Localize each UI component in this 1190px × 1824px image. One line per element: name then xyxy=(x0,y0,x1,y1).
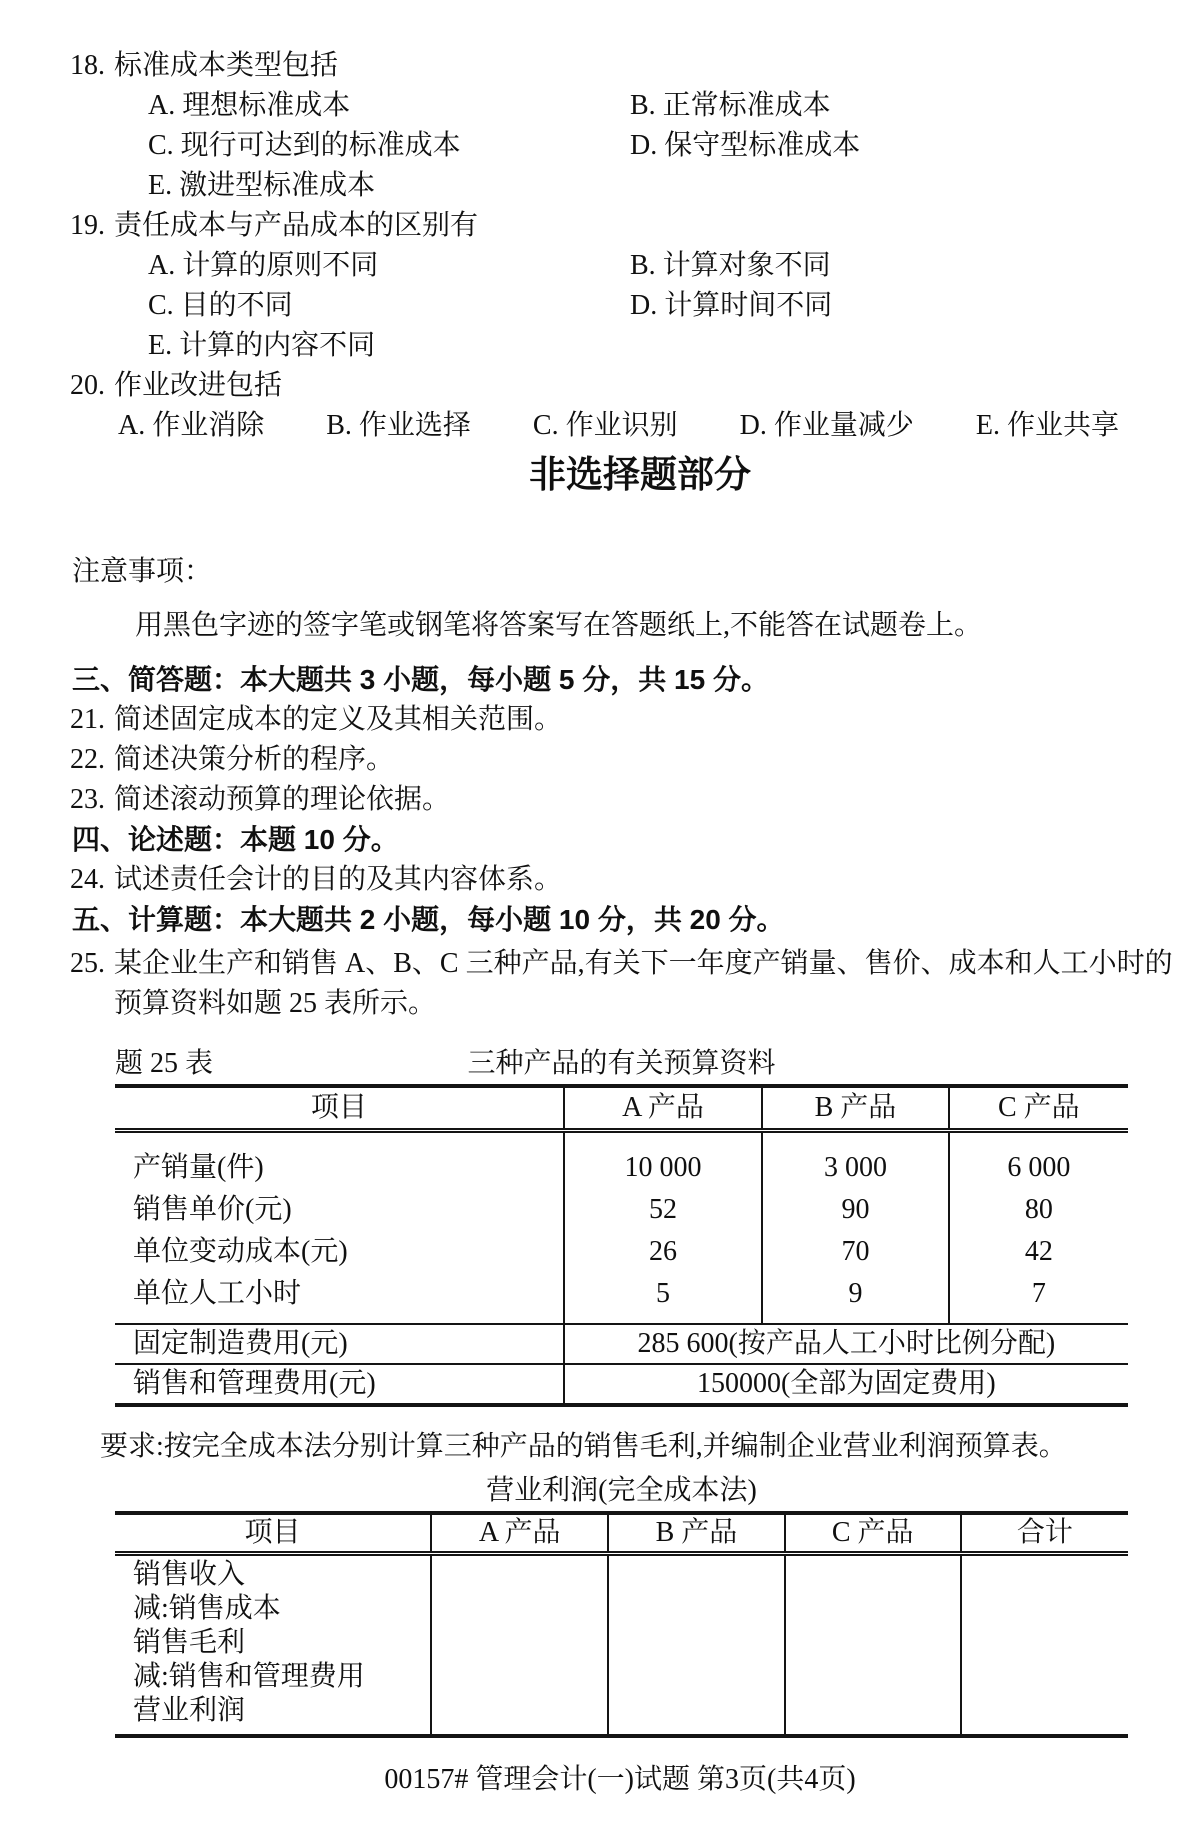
question-text: 试述责任会计的目的及其内容体系。 xyxy=(114,860,1190,900)
cell-value: 9 xyxy=(761,1273,947,1323)
header-cell: C 产品 xyxy=(784,1515,960,1551)
row-label: 单位变动成本(元) xyxy=(115,1231,563,1273)
header-cell: A 产品 xyxy=(563,1088,762,1128)
option-d: D. 作业量减少 xyxy=(740,406,914,446)
exam-page: 18. 标准成本类型包括 A. 理想标准成本 B. 正常标准成本 C. 现行可达… xyxy=(0,0,1190,1824)
header-cell: C 产品 xyxy=(948,1088,1128,1128)
row-label: 减:销售和管理费用 xyxy=(133,1660,430,1694)
option-e: E. 激进型标准成本 xyxy=(148,166,630,206)
profit-table-title: 营业利润(完全成本法) xyxy=(115,1471,1128,1511)
question-21: 21. 简述固定成本的定义及其相关范围。 xyxy=(0,700,1190,740)
option-e: E. 计算的内容不同 xyxy=(148,326,630,366)
cell-value: 42 xyxy=(948,1231,1128,1273)
option-e: E. 作业共享 xyxy=(976,406,1119,446)
empty-cell xyxy=(430,1556,607,1734)
requirement-text: 要求:按完全成本法分别计算三种产品的销售毛利,并编制企业营业利润预算表。 xyxy=(100,1427,1190,1467)
budget-table-header: 项目 A 产品 B 产品 C 产品 xyxy=(115,1088,1128,1133)
empty-cell xyxy=(784,1556,960,1734)
empty-cell xyxy=(960,1556,1128,1734)
question-number: 24. xyxy=(70,860,114,900)
empty-cell xyxy=(607,1556,783,1734)
profit-table-header: 项目 A 产品 B 产品 C 产品 合计 xyxy=(115,1515,1128,1556)
options-row: A. 作业消除 B. 作业选择 C. 作业识别 D. 作业量减少 E. 作业共享 xyxy=(118,406,1190,446)
page-footer: 00157# 管理会计(一)试题 第3页(共4页) xyxy=(0,1760,1190,1800)
question-number: 20. xyxy=(70,366,114,406)
question-text: 某企业生产和销售 A、B、C 三种产品,有关下一年度产销量、售价、成本和人工小时… xyxy=(114,944,1190,1024)
option-c: C. 作业识别 xyxy=(533,406,678,446)
option-d: D. 计算时间不同 xyxy=(630,286,1190,326)
section-heading-3: 三、简答题：本大题共 3 小题，每小题 5 分，共 15 分。 xyxy=(72,660,1190,700)
question-stem: 作业改进包括 xyxy=(114,366,1190,406)
cell-value: 7 xyxy=(948,1273,1128,1323)
row-label: 销售毛利 xyxy=(133,1626,430,1660)
profit-table-body: 销售收入 减:销售成本 销售毛利 减:销售和管理费用 营业利润 xyxy=(115,1556,1128,1734)
table-caption-title: 三种产品的有关预算资料 xyxy=(467,1048,775,1079)
header-cell: 项目 xyxy=(115,1515,430,1551)
row-labels-column: 销售收入 减:销售成本 销售毛利 减:销售和管理费用 营业利润 xyxy=(115,1556,430,1734)
option-a: A. 理想标准成本 xyxy=(148,86,630,126)
question-25: 25. 某企业生产和销售 A、B、C 三种产品,有关下一年度产销量、售价、成本和… xyxy=(0,944,1190,1024)
options-grid: A. 理想标准成本 B. 正常标准成本 C. 现行可达到的标准成本 D. 保守型… xyxy=(148,86,1190,206)
row-label: 产销量(件) xyxy=(115,1133,563,1189)
cell-value: 90 xyxy=(761,1189,947,1231)
option-a: A. 计算的原则不同 xyxy=(148,246,630,286)
option-a: A. 作业消除 xyxy=(118,406,264,446)
cell-value: 52 xyxy=(563,1189,762,1231)
cell-value: 80 xyxy=(948,1189,1128,1231)
header-cell: B 产品 xyxy=(607,1515,783,1551)
cell-value: 10 000 xyxy=(563,1133,762,1189)
row-label: 销售单价(元) xyxy=(115,1189,563,1231)
question-stem: 责任成本与产品成本的区别有 xyxy=(114,206,1190,246)
cell-value: 5 xyxy=(563,1273,762,1323)
question-number: 25. xyxy=(70,944,114,1024)
option-b: B. 计算对象不同 xyxy=(630,246,1190,286)
notice-text: 用黑色字迹的签字笔或钢笔将答案写在答题纸上,不能答在试题卷上。 xyxy=(135,606,1190,646)
header-cell: A 产品 xyxy=(430,1515,607,1551)
option-d: D. 保守型标准成本 xyxy=(630,126,1190,166)
question-text: 简述决策分析的程序。 xyxy=(114,740,1190,780)
question-20: 20. 作业改进包括 A. 作业消除 B. 作业选择 C. 作业识别 D. 作业… xyxy=(0,366,1190,446)
option-b: B. 作业选择 xyxy=(326,406,471,446)
question-18: 18. 标准成本类型包括 A. 理想标准成本 B. 正常标准成本 C. 现行可达… xyxy=(0,46,1190,206)
question-number: 18. xyxy=(70,46,114,86)
option-c: C. 目的不同 xyxy=(148,286,630,326)
section-banner: 非选择题部分 xyxy=(0,450,1190,500)
fixed-overhead-row: 固定制造费用(元) 285 600(按产品人工小时比例分配) xyxy=(115,1323,1128,1363)
notice-label: 注意事项： xyxy=(72,552,1190,592)
option-c: C. 现行可达到的标准成本 xyxy=(148,126,630,166)
profit-table: 项目 A 产品 B 产品 C 产品 合计 销售收入 减:销售成本 销售毛利 减:… xyxy=(115,1511,1128,1738)
question-19: 19. 责任成本与产品成本的区别有 A. 计算的原则不同 B. 计算对象不同 C… xyxy=(0,206,1190,366)
cell-value: 6 000 xyxy=(948,1133,1128,1189)
question-number: 22. xyxy=(70,740,114,780)
question-text: 简述滚动预算的理论依据。 xyxy=(114,780,1190,820)
budget-table-body: 产销量(件) 10 000 3 000 6 000 销售单价(元) 52 90 … xyxy=(115,1133,1128,1323)
question-22: 22. 简述决策分析的程序。 xyxy=(0,740,1190,780)
row-label: 营业利润 xyxy=(133,1694,430,1728)
budget-table: 项目 A 产品 B 产品 C 产品 产销量(件) 10 000 3 000 6 … xyxy=(115,1084,1128,1407)
table-caption: 题 25 表 三种产品的有关预算资料 xyxy=(115,1044,1128,1084)
question-text: 简述固定成本的定义及其相关范围。 xyxy=(114,700,1190,740)
option-b: B. 正常标准成本 xyxy=(630,86,1190,126)
row-label: 减:销售成本 xyxy=(133,1592,430,1626)
question-stem: 标准成本类型包括 xyxy=(114,46,1190,86)
options-grid: A. 计算的原则不同 B. 计算对象不同 C. 目的不同 D. 计算时间不同 E… xyxy=(148,246,1190,366)
question-number: 19. xyxy=(70,206,114,246)
table-caption-label: 题 25 表 xyxy=(115,1044,213,1084)
option-empty xyxy=(630,326,1190,366)
question-number: 21. xyxy=(70,700,114,740)
cell-value: 3 000 xyxy=(761,1133,947,1189)
question-number: 23. xyxy=(70,780,114,820)
sga-row: 销售和管理费用(元) 150000(全部为固定费用) xyxy=(115,1363,1128,1403)
row-label: 单位人工小时 xyxy=(115,1273,563,1323)
cell-value: 26 xyxy=(563,1231,762,1273)
header-cell: B 产品 xyxy=(761,1088,947,1128)
row-label: 销售和管理费用(元) xyxy=(115,1365,563,1403)
header-cell: 项目 xyxy=(115,1088,563,1128)
cell-value: 285 600(按产品人工小时比例分配) xyxy=(563,1325,1128,1363)
cell-value: 70 xyxy=(761,1231,947,1273)
row-label: 销售收入 xyxy=(133,1558,430,1592)
section-heading-4: 四、论述题：本题 10 分。 xyxy=(72,820,1190,860)
row-label: 固定制造费用(元) xyxy=(115,1325,563,1363)
section-heading-5: 五、计算题：本大题共 2 小题，每小题 10 分，共 20 分。 xyxy=(72,900,1190,940)
question-24: 24. 试述责任会计的目的及其内容体系。 xyxy=(0,860,1190,900)
question-23: 23. 简述滚动预算的理论依据。 xyxy=(0,780,1190,820)
option-empty xyxy=(630,166,1190,206)
cell-value: 150000(全部为固定费用) xyxy=(563,1365,1128,1403)
header-cell: 合计 xyxy=(960,1515,1128,1551)
